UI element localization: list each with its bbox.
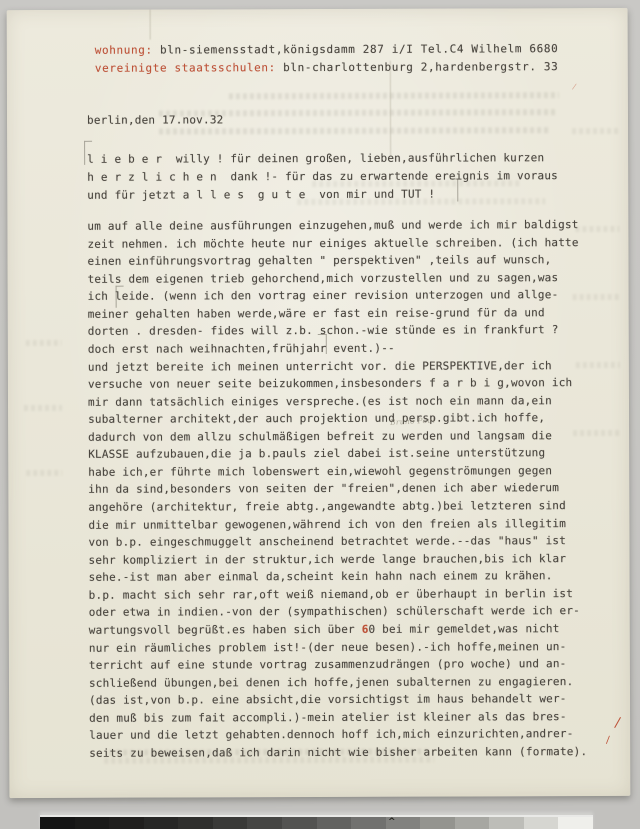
body-line: dorten . dresden- fides will z.b. schon.…: [88, 321, 586, 340]
archival-photo: wohnung: bln-siemensstadt,königsdamm 287…: [0, 0, 640, 829]
body-line: zeit nehmen. ich möchte heute nur einige…: [87, 234, 585, 253]
bleed-through-text: [26, 340, 62, 346]
body-line: versuche von neuer seite beizukommen,ins…: [88, 374, 586, 393]
letter-page: wohnung: bln-siemensstadt,königsdamm 287…: [7, 8, 631, 798]
body-line: und jetzt bereite ich meinen unterricht …: [88, 357, 586, 376]
bleed-through-text: [24, 405, 62, 411]
gray-step: [317, 817, 352, 829]
body-line: sehe.-ist man aber einmal da,scheint kei…: [89, 567, 587, 586]
body-line: lauer und die letzt gehabten.dennoch hof…: [89, 725, 587, 744]
letterhead-label-schule: vereinigte staatsschulen:: [95, 61, 276, 75]
date-line: berlin,den 17.nov.32: [87, 113, 223, 126]
letterhead-address-2: bln-charlottenburg 2,hardenbergstr. 33: [276, 60, 559, 74]
red-end-mark: /: [606, 735, 610, 746]
letterhead-address-1: bln-siemensstadt,königsdamm 287 i/I Tel.…: [153, 42, 559, 56]
letterhead-line-2: vereinigte staatsschulen: bln-charlotten…: [95, 60, 559, 75]
gray-step: [247, 817, 282, 829]
body-line: oder etwa in indien.-von der (sympathisc…: [89, 602, 587, 621]
gray-step: [178, 817, 213, 829]
body-line: habe ich,er führte mich lobenswert ein,w…: [88, 462, 586, 481]
bleed-through-text: [26, 470, 62, 476]
red-ink-correction: 6: [362, 623, 369, 636]
body-line: dadurch von dem allzu schulmäßigen befre…: [88, 427, 586, 446]
salutation-line: l i e b e r willy ! für deinen großen, l…: [87, 149, 558, 169]
gray-step: [524, 817, 559, 829]
red-margin-slash: /: [614, 715, 622, 732]
paper-crease: [390, 61, 391, 157]
gray-step: [40, 817, 75, 829]
gray-step: [455, 817, 490, 829]
body-line: terricht auf eine stunde vortrag zusamme…: [89, 655, 587, 674]
body-line: doch erst nach weihnachten,frühjahr even…: [88, 339, 586, 358]
pencil-bracket-open-2: [116, 286, 124, 308]
body-line: schließend übungen,bei denen ich hoffe,j…: [89, 673, 587, 692]
salutation-line: und für jetzt a l l e s g u t e von mir …: [87, 186, 558, 206]
letterhead-label-wohnung: wohnung:: [95, 44, 153, 57]
body-line: ich leide. (wenn ich den vortrag einer r…: [88, 286, 586, 305]
body-line: sehr kompliziert in der struktur,ich wer…: [89, 550, 587, 569]
body-line: mir dann tatsächlich einiges verspreche.…: [88, 392, 586, 411]
body-line: teils dem eigenen trieb gehorchend,mich …: [88, 269, 586, 288]
body-lines: um auf alle deine ausführungen einzugehe…: [87, 216, 587, 762]
letterhead-line-1: wohnung: bln-siemensstadt,königsdamm 287…: [95, 42, 559, 57]
grayscale-calibration-strip: ^: [40, 815, 593, 829]
body-line: seits zu beweisen,daß ich darin nicht wi…: [89, 743, 587, 762]
gray-step: [558, 817, 593, 829]
body-line: b.p. macht sich sehr rar,oft weiß nieman…: [89, 585, 587, 604]
gray-step: [489, 817, 524, 829]
paper-crease: [150, 10, 151, 40]
gray-step: [109, 817, 144, 829]
body-line: die mir unmittelbar gewogenen,während ic…: [88, 515, 586, 534]
body-line: den muß bis zum fait accompli.)-mein ate…: [89, 708, 587, 727]
gray-step: [420, 817, 455, 829]
caret-mark: ^: [388, 818, 396, 827]
gray-step: [75, 817, 110, 829]
pencil-bracket-close-1: [450, 179, 458, 202]
body-line: einen einführungsvortrag gehalten " pers…: [87, 251, 585, 270]
gray-step: [282, 817, 317, 829]
body-line: von b.p. eingeschmuggelt anscheinend bet…: [88, 532, 586, 551]
body-line: nur ein räumliches problem ist!-(der neu…: [89, 638, 587, 657]
body-line: meiner gehalten haben werde,wäre er fast…: [88, 304, 586, 323]
body-line: (das ist,von b.p. eine absicht,die vorsi…: [89, 690, 587, 709]
body-line: KLASSE aufzubauen,die ja b.pauls ziel da…: [88, 444, 586, 463]
gray-step: [213, 817, 248, 829]
salutation-lines: l i e b e r willy ! für deinen großen, l…: [87, 149, 558, 205]
bleed-through-text: [159, 127, 551, 134]
salutation-line: h e r z l i c h e n dank !- für das zu e…: [87, 167, 558, 187]
pencil-bracket-close-2: [318, 334, 327, 354]
red-tick-mark: /: [572, 82, 577, 91]
body-line: um auf alle deine ausführungen einzugehe…: [87, 216, 585, 235]
pencil-bracket-open-1: [84, 141, 92, 165]
bleed-through-text: [572, 128, 618, 134]
gray-step: [144, 817, 179, 829]
body-line: ihn da sind,besonders von seiten der "fr…: [88, 480, 586, 499]
gray-step: [351, 817, 386, 829]
body-line: wartungsvoll begrüßt.es haben sich über …: [89, 620, 587, 639]
body-line: angehöre (architektur, freie abtg.,angew…: [88, 497, 586, 516]
body-line: subalterner architekt,der auch projektio…: [88, 409, 586, 428]
bleed-through-text: [229, 92, 559, 99]
